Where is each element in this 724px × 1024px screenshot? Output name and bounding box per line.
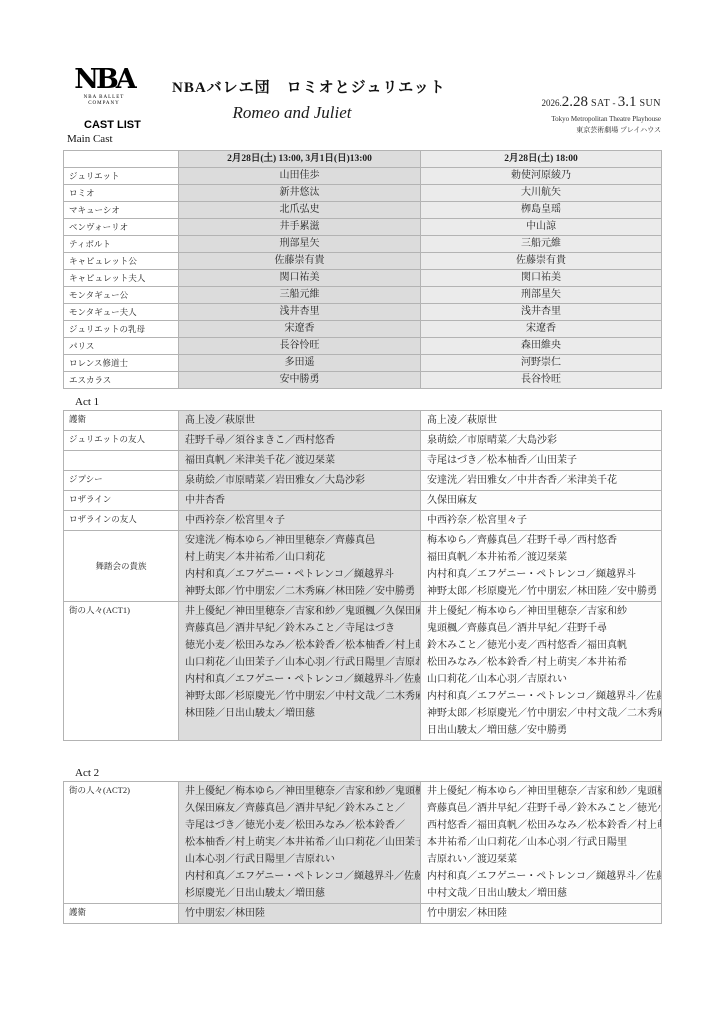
cast-cell: 中西衿奈／松宮里々子	[179, 511, 421, 531]
cast-line: 内村和真／エフゲニー・ペトレンコ／纐越界斗／佐藤史哉	[427, 688, 655, 705]
role-cell: 街の人々(ACT1)	[64, 602, 179, 741]
cast-cell: 関口祐美	[421, 270, 662, 287]
table-row: ロミオ新井悠汰大川航矢	[64, 185, 662, 202]
performance-dates-block: 2026.2.28 SAT - 3.1 SUN Tokyo Metropolit…	[541, 94, 661, 135]
cast-line: 中村文哉／日出山駿太／増田慈	[427, 885, 655, 902]
cast-line: 鬼頭楓／齊藤真邑／酒井早紀／荘野千尋	[427, 620, 655, 637]
table-row: ティボルト刑部星矢三船元維	[64, 236, 662, 253]
cast-cell: 髙上凌／萩原世	[421, 411, 662, 431]
role-cell: ティボルト	[64, 236, 179, 253]
table-row: マキューシオ北爪弘史栁島皇瑶	[64, 202, 662, 219]
act2-section-label: Act 2	[75, 767, 661, 779]
nba-logo-subtitle: NBA BALLET COMPANY	[74, 95, 134, 107]
cast-cell: 佐藤崇有貴	[179, 253, 421, 270]
cast-line: 中西衿奈／松宮里々子	[427, 512, 655, 529]
cast-cell: 久保田麻友	[421, 491, 662, 511]
production-title-jp: NBAバレエ団 ロミオとジュリエット	[172, 76, 462, 97]
cast-cell: 佐藤崇有貴	[421, 253, 662, 270]
role-cell: モンタギュー夫人	[64, 304, 179, 321]
cast-line: 久保田麻友	[427, 492, 655, 509]
date-first: 2.28	[562, 94, 588, 110]
table-row: ジプシー泉萌絵／市原晴菜／岩田雅女／大島沙彩安達洸／岩田雅女／中井杏香／米津美千…	[64, 471, 662, 491]
role-cell: ジプシー	[64, 471, 179, 491]
cast-cell: 三船元維	[421, 236, 662, 253]
table-row: ベンヴォーリオ井手累滋中山諒	[64, 219, 662, 236]
cast-list-page: NBA NBA BALLET COMPANY NBAバレエ団 ロミオとジュリエッ…	[0, 0, 724, 1024]
role-cell: 舞踏会の貴族	[64, 531, 179, 602]
cast-cell: 中山諒	[421, 219, 662, 236]
table-row: ロレンス修道士多田遥河野崇仁	[64, 355, 662, 372]
cast-line: 神野太郎／杉原慶光／竹中朋宏／林田陸／安中勝勇	[427, 583, 655, 600]
column-header: 2月28日(土) 18:00	[421, 151, 662, 168]
cast-line: 松田みなみ／松本鈴香／村上萌実／本井祐希	[427, 654, 655, 671]
nba-ballet-logo: NBA NBA BALLET COMPANY	[74, 66, 134, 107]
venue-name-jp: 東京芸術劇場 プレイハウス	[541, 125, 661, 135]
cast-cell: 刑部星矢	[421, 287, 662, 304]
cast-cell: 髙上凌／萩原世	[179, 411, 421, 431]
role-cell: キャピュレット夫人	[64, 270, 179, 287]
cast-line: 髙上凌／萩原世	[185, 412, 414, 429]
cast-cell: 安中勝勇	[179, 372, 421, 389]
cast-cell: 荘野千尋／須谷まきこ／西村悠香	[179, 431, 421, 451]
role-cell: マキューシオ	[64, 202, 179, 219]
cast-cell: 泉萌絵／市原晴菜／岩田雅女／大島沙彩	[179, 471, 421, 491]
cast-line: 齊藤真邑／酒井早紀／荘野千尋／鈴木みこと／徳光小麦	[427, 800, 655, 817]
column-header: 2月28日(土) 13:00, 3月1日(日)13:00	[179, 151, 421, 168]
cast-cell: 新井悠汰	[179, 185, 421, 202]
cast-line: 久保田麻友／齊藤真邑／酒井早紀／鈴木みこと／	[185, 800, 414, 817]
cast-cell: 長谷怜旺	[179, 338, 421, 355]
role-cell: 護衛	[64, 904, 179, 924]
cast-cell: 竹中朋宏／林田陸	[421, 904, 662, 924]
production-title-en: Romeo and Juliet	[172, 103, 412, 123]
cast-line: 荘野千尋／須谷まきこ／西村悠香	[185, 432, 414, 449]
column-header	[64, 151, 179, 168]
cast-line: 寺尾はづき／徳光小麦／松田みなみ／松本鈴香／	[185, 817, 414, 834]
cast-line: 神野太郎／杉原慶光／竹中朋宏／中村文哉／二木秀麻	[427, 705, 655, 722]
cast-list-heading: CAST LIST	[84, 119, 141, 131]
cast-line: 竹中朋宏／林田陸	[185, 905, 414, 922]
cast-line: 鈴木みこと／徳光小麦／西村悠香／福田真帆	[427, 637, 655, 654]
cast-cell: 勅使河原綾乃	[421, 168, 662, 185]
role-cell: エスカラス	[64, 372, 179, 389]
table-row: ジュリエット山田佳歩勅使河原綾乃	[64, 168, 662, 185]
cast-cell: 安達洸／岩田雅女／中井杏香／米津美千花	[421, 471, 662, 491]
cast-cell: 関口祐美	[179, 270, 421, 287]
cast-line: 梅本ゆら／齊藤真邑／荘野千尋／西村悠香	[427, 532, 655, 549]
cast-line: 内村和真／エフゲニー・ペトレンコ／纐越界斗／佐藤史哉	[185, 671, 414, 688]
cast-cell: 刑部星矢	[179, 236, 421, 253]
cast-cell: 宋遼香	[421, 321, 662, 338]
cast-line: 内村和真／エフゲニー・ペトレンコ／纐越界斗／佐藤史哉	[427, 868, 655, 885]
cast-line: 齊藤真邑／酒井早紀／鈴木みこと／寺尾はづき	[185, 620, 414, 637]
cast-line: 林田陸／日出山駿太／増田慈	[185, 705, 414, 722]
cast-cell: 井上優紀／神田里穂奈／吉家和紗／鬼頭楓／久保田麻友齊藤真邑／酒井早紀／鈴木みこと…	[179, 602, 421, 741]
cast-line: 吉原れい／渡辺栞菜	[427, 851, 655, 868]
role-cell	[64, 451, 179, 471]
act2-table: 街の人々(ACT2)井上優紀／梅本ゆら／神田里穂奈／吉家和紗／鬼頭楓久保田麻友／…	[63, 781, 662, 924]
cast-cell: 中西衿奈／松宮里々子	[421, 511, 662, 531]
role-cell: ロザライン	[64, 491, 179, 511]
performance-dates: 2026.2.28 SAT - 3.1 SUN	[541, 94, 661, 111]
cast-cell: 多田遥	[179, 355, 421, 372]
table-row: 護衛髙上凌／萩原世髙上凌／萩原世	[64, 411, 662, 431]
date-separator: -	[610, 98, 618, 108]
cast-cell: 浅井杏里	[179, 304, 421, 321]
cast-line: 髙上凌／萩原世	[427, 412, 655, 429]
cast-line: 本井祐希／山口莉花／山本心羽／行武日陽里	[427, 834, 655, 851]
role-cell: ロレンス修道士	[64, 355, 179, 372]
cast-line: 寺尾はづき／松本柚香／山田茉子	[427, 452, 655, 469]
cast-line: 徳光小麦／松田みなみ／松本鈴香／松本柚香／村上萌実	[185, 637, 414, 654]
cast-cell: 井上優紀／梅本ゆら／神田里穂奈／吉家和紗鬼頭楓／齊藤真邑／酒井早紀／荘野千尋鈴木…	[421, 602, 662, 741]
cast-line: 山口莉花／山本心羽／吉原れい	[427, 671, 655, 688]
title-block: NBAバレエ団 ロミオとジュリエット Romeo and Juliet	[172, 76, 462, 123]
main-cast-table: 2月28日(土) 13:00, 3月1日(日)13:002月28日(土) 18:…	[63, 150, 662, 389]
cast-line: 日出山駿太／増田慈／安中勝勇	[427, 722, 655, 739]
cast-line: 内村和真／エフゲニー・ペトレンコ／纐越界斗	[185, 566, 414, 583]
cast-cell: 泉萌絵／市原晴菜／大島沙彩	[421, 431, 662, 451]
role-cell: ジュリエットの友人	[64, 431, 179, 451]
date-first-weekday: SAT	[588, 98, 610, 109]
header-row: 2月28日(土) 13:00, 3月1日(日)13:002月28日(土) 18:…	[64, 151, 662, 168]
cast-line: 竹中朋宏／林田陸	[427, 905, 655, 922]
date-year: 2026.	[541, 98, 561, 108]
cast-line: 福田真帆／本井祐希／渡辺栞菜	[427, 549, 655, 566]
cast-cell: 寺尾はづき／松本柚香／山田茉子	[421, 451, 662, 471]
cast-line: 安達洸／岩田雅女／中井杏香／米津美千花	[427, 472, 655, 489]
date-second: 3.1	[618, 94, 637, 110]
cast-line: 神野太郎／杉原慶光／竹中朋宏／中村文哉／二木秀麻	[185, 688, 414, 705]
cast-line: 山口莉花／山田茉子／山本心羽／行武日陽里／吉原れい	[185, 654, 414, 671]
cast-line: 西村悠香／福田真帆／松田みなみ／松本鈴香／村上萌実	[427, 817, 655, 834]
cast-line: 中井杏香	[185, 492, 414, 509]
table-row: 護衛竹中朋宏／林田陸竹中朋宏／林田陸	[64, 904, 662, 924]
cast-cell: 井上優紀／梅本ゆら／神田里穂奈／吉家和紗／鬼頭楓久保田麻友／齊藤真邑／酒井早紀／…	[179, 782, 421, 904]
table-row: 福田真帆／米津美千花／渡辺栞菜寺尾はづき／松本柚香／山田茉子	[64, 451, 662, 471]
table-row: モンタギュー公三船元維刑部星矢	[64, 287, 662, 304]
cast-line: 内村和真／エフゲニー・ペトレンコ／纐越界斗／佐藤史哉	[185, 868, 414, 885]
cast-line: 安達洸／梅本ゆら／神田里穂奈／齊藤真邑	[185, 532, 414, 549]
cast-line: 井上優紀／神田里穂奈／吉家和紗／鬼頭楓／久保田麻友	[185, 603, 414, 620]
cast-cell: 河野崇仁	[421, 355, 662, 372]
table-row: モンタギュー夫人浅井杏里浅井杏里	[64, 304, 662, 321]
cast-cell: 宋遼香	[179, 321, 421, 338]
table-row: ロザライン中井杏香久保田麻友	[64, 491, 662, 511]
table-row: ジュリエットの乳母宋遼香宋遼香	[64, 321, 662, 338]
cast-line: 山本心羽／行武日陽里／吉原れい	[185, 851, 414, 868]
role-cell: ロザラインの友人	[64, 511, 179, 531]
cast-line: 井上優紀／梅本ゆら／神田里穂奈／吉家和紗／鬼頭楓	[427, 783, 655, 800]
role-cell: 護衛	[64, 411, 179, 431]
cast-line: 泉萌絵／市原晴菜／大島沙彩	[427, 432, 655, 449]
table-row: ジュリエットの友人荘野千尋／須谷まきこ／西村悠香泉萌絵／市原晴菜／大島沙彩	[64, 431, 662, 451]
table-row: キャピュレット公佐藤崇有貴佐藤崇有貴	[64, 253, 662, 270]
role-cell: ジュリエット	[64, 168, 179, 185]
cast-line: 杉原慶光／日出山駿太／増田慈	[185, 885, 414, 902]
tables-area: 2月28日(土) 13:00, 3月1日(日)13:002月28日(土) 18:…	[63, 150, 661, 924]
cast-cell: 井上優紀／梅本ゆら／神田里穂奈／吉家和紗／鬼頭楓齊藤真邑／酒井早紀／荘野千尋／鈴…	[421, 782, 662, 904]
cast-line: 村上萌実／本井祐希／山口莉花	[185, 549, 414, 566]
cast-line: 松本柚香／村上萌実／本井祐希／山口莉花／山田茉子	[185, 834, 414, 851]
cast-cell: 井手累滋	[179, 219, 421, 236]
cast-line: 福田真帆／米津美千花／渡辺栞菜	[185, 452, 414, 469]
table-row: エスカラス安中勝勇長谷怜旺	[64, 372, 662, 389]
cast-line: 中西衿奈／松宮里々子	[185, 512, 414, 529]
cast-cell: 森田維央	[421, 338, 662, 355]
table-row: キャピュレット夫人関口祐美関口祐美	[64, 270, 662, 287]
cast-cell: 中井杏香	[179, 491, 421, 511]
act1-section-label: Act 1	[75, 396, 661, 408]
role-cell: ベンヴォーリオ	[64, 219, 179, 236]
cast-cell: 栁島皇瑶	[421, 202, 662, 219]
role-cell: パリス	[64, 338, 179, 355]
cast-cell: 安達洸／梅本ゆら／神田里穂奈／齊藤真邑村上萌実／本井祐希／山口莉花内村和真／エフ…	[179, 531, 421, 602]
nba-logo-mark: NBA	[74, 66, 134, 93]
cast-cell: 長谷怜旺	[421, 372, 662, 389]
cast-cell: 梅本ゆら／齊藤真邑／荘野千尋／西村悠香福田真帆／本井祐希／渡辺栞菜内村和真／エフ…	[421, 531, 662, 602]
cast-cell: 浅井杏里	[421, 304, 662, 321]
table-row: ロザラインの友人中西衿奈／松宮里々子中西衿奈／松宮里々子	[64, 511, 662, 531]
venue-name-en: Tokyo Metropolitan Theatre Playhouse	[541, 115, 661, 123]
table-row: 街の人々(ACT2)井上優紀／梅本ゆら／神田里穂奈／吉家和紗／鬼頭楓久保田麻友／…	[64, 782, 662, 904]
role-cell: モンタギュー公	[64, 287, 179, 304]
cast-cell: 大川航矢	[421, 185, 662, 202]
cast-cell: 竹中朋宏／林田陸	[179, 904, 421, 924]
cast-cell: 福田真帆／米津美千花／渡辺栞菜	[179, 451, 421, 471]
cast-line: 内村和真／エフゲニー・ペトレンコ／纐越界斗	[427, 566, 655, 583]
cast-line: 井上優紀／梅本ゆら／神田里穂奈／吉家和紗／鬼頭楓	[185, 783, 414, 800]
table-row: 舞踏会の貴族安達洸／梅本ゆら／神田里穂奈／齊藤真邑村上萌実／本井祐希／山口莉花内…	[64, 531, 662, 602]
cast-cell: 北爪弘史	[179, 202, 421, 219]
table-row: パリス長谷怜旺森田維央	[64, 338, 662, 355]
cast-cell: 三船元維	[179, 287, 421, 304]
cast-line: 泉萌絵／市原晴菜／岩田雅女／大島沙彩	[185, 472, 414, 489]
cast-cell: 山田佳歩	[179, 168, 421, 185]
cast-line: 井上優紀／梅本ゆら／神田里穂奈／吉家和紗	[427, 603, 655, 620]
table-row: 街の人々(ACT1)井上優紀／神田里穂奈／吉家和紗／鬼頭楓／久保田麻友齊藤真邑／…	[64, 602, 662, 741]
role-cell: 街の人々(ACT2)	[64, 782, 179, 904]
cast-line: 神野太郎／竹中朋宏／二木秀麻／林田陸／安中勝勇	[185, 583, 414, 600]
date-second-weekday: SUN	[636, 98, 661, 109]
role-cell: キャピュレット公	[64, 253, 179, 270]
act1-table: 護衛髙上凌／萩原世髙上凌／萩原世ジュリエットの友人荘野千尋／須谷まきこ／西村悠香…	[63, 410, 662, 741]
role-cell: ロミオ	[64, 185, 179, 202]
role-cell: ジュリエットの乳母	[64, 321, 179, 338]
main-cast-section-label: Main Cast	[67, 133, 113, 145]
